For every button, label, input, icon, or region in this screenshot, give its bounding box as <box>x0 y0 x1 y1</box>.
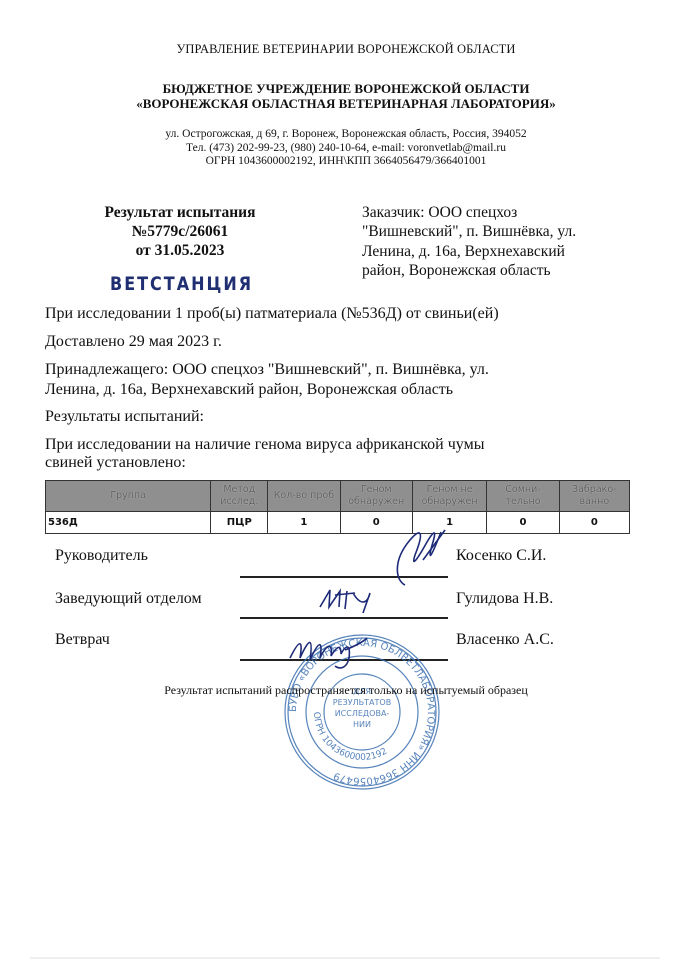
institution-contacts: ул. Острогожская, д 69, г. Воронеж, Воро… <box>0 128 692 169</box>
customer-line: район, Воронежская область <box>362 261 642 280</box>
owner-block: Принадлежащего: ООО спецхоз "Вишневский"… <box>45 360 645 399</box>
authority-header: УПРАВЛЕНИЕ ВЕТЕРИНАРИИ ВОРОНЕЖСКОЙ ОБЛАС… <box>0 42 692 57</box>
owner-line: Принадлежащего: ООО спецхоз "Вишневский"… <box>45 360 645 380</box>
registration: ОГРН 1043600002192, ИНН\КПП 3664056479/3… <box>0 155 692 169</box>
customer-block: Заказчик: ООО спецхоз "Вишневский", п. В… <box>362 203 642 280</box>
result-date: от 31.05.2023 <box>70 241 290 260</box>
table-header-cell: Геном необнаружен <box>412 481 486 512</box>
table-cell: ПЦР <box>211 512 268 534</box>
table-cell: 1 <box>268 512 340 534</box>
stamp-inner-text: ОГРН 1043600002192 <box>311 711 389 763</box>
signature-scribble-icon <box>285 628 370 673</box>
institution-line-1: БЮДЖЕТНОЕ УЧРЕЖДЕНИЕ ВОРОНЕЖСКОЙ ОБЛАСТИ <box>0 81 692 96</box>
signature-scribble-icon <box>375 520 455 590</box>
table-body: 536ДПЦР10100 <box>46 512 630 534</box>
finding-block: При исследовании на наличие генома вирус… <box>45 435 645 472</box>
table-header-cell: Геномобнаружен <box>340 481 412 512</box>
result-number: №5779с/26061 <box>70 222 290 241</box>
results-heading: Результаты испытаний: <box>45 407 645 427</box>
contacts: Тел. (473) 202-99-23, (980) 240-10-64, e… <box>0 142 692 156</box>
table-cell: 0 <box>559 512 629 534</box>
signature-role: Руководитель <box>55 547 148 565</box>
institution-name: БЮДЖЕТНОЕ УЧРЕЖДЕНИЕ ВОРОНЕЖСКОЙ ОБЛАСТИ… <box>0 81 692 111</box>
signature-scribble-icon <box>315 585 385 615</box>
table-header-cell: Сомни-тельно <box>487 481 559 512</box>
svg-text:ОГРН 1043600002192: ОГРН 1043600002192 <box>311 711 389 763</box>
footnote: Результат испытаний распространяется тол… <box>0 683 692 698</box>
signature-role: Ветврач <box>55 631 110 649</box>
owner-line: Ленина, д. 16а, Верхнехавский район, Вор… <box>45 380 645 400</box>
signature-name: Власенко А.С. <box>456 631 554 649</box>
table-header-cell: Кол-во проб <box>268 481 340 512</box>
sample-line: При исследовании 1 проб(ы) патматериала … <box>45 304 645 324</box>
table-cell: 536Д <box>46 512 211 534</box>
stamp-center-line: НИИ <box>353 720 371 729</box>
signature-line <box>240 617 448 619</box>
customer-line: "Вишневский", п. Вишнёвка, ул. <box>362 222 642 241</box>
address: ул. Острогожская, д 69, г. Воронеж, Воро… <box>0 128 692 142</box>
scan-edge <box>30 957 660 959</box>
table-header-cell: Группа <box>46 481 211 512</box>
table-header-cell: Методисслед. <box>211 481 268 512</box>
stamp-center-line: ИССЛЕДОВА- <box>335 709 390 718</box>
delivered-line: Доставлено 29 мая 2023 г. <box>45 332 645 352</box>
signature-name: Косенко С.И. <box>456 547 546 565</box>
station-stamp: ВЕТСТАНЦИЯ <box>110 273 253 295</box>
customer-line: Ленина, д. 16а, Верхнехавский <box>362 242 642 261</box>
result-title: Результат испытания <box>70 203 290 222</box>
institution-line-2: «ВОРОНЕЖСКАЯ ОБЛАСТНАЯ ВЕТЕРИНАРНАЯ ЛАБО… <box>0 96 692 111</box>
table-header-row: ГруппаМетодисслед.Кол-во пробГеномобнару… <box>46 481 630 512</box>
table-header-cell: Забрако-ванно <box>559 481 629 512</box>
finding-line: свиней установлено: <box>45 453 645 473</box>
table-row: 536ДПЦР10100 <box>46 512 630 534</box>
signature-role: Заведующий отделом <box>55 590 202 608</box>
stamp-center-line: РЕЗУЛЬТАТОВ <box>333 698 391 707</box>
signature-name: Гулидова Н.В. <box>456 590 553 608</box>
table-cell: 0 <box>487 512 559 534</box>
customer-line: Заказчик: ООО спецхоз <box>362 203 642 222</box>
result-title-block: Результат испытания №5779с/26061 от 31.0… <box>70 203 290 260</box>
results-table: ГруппаМетодисслед.Кол-во пробГеномобнару… <box>45 480 630 534</box>
